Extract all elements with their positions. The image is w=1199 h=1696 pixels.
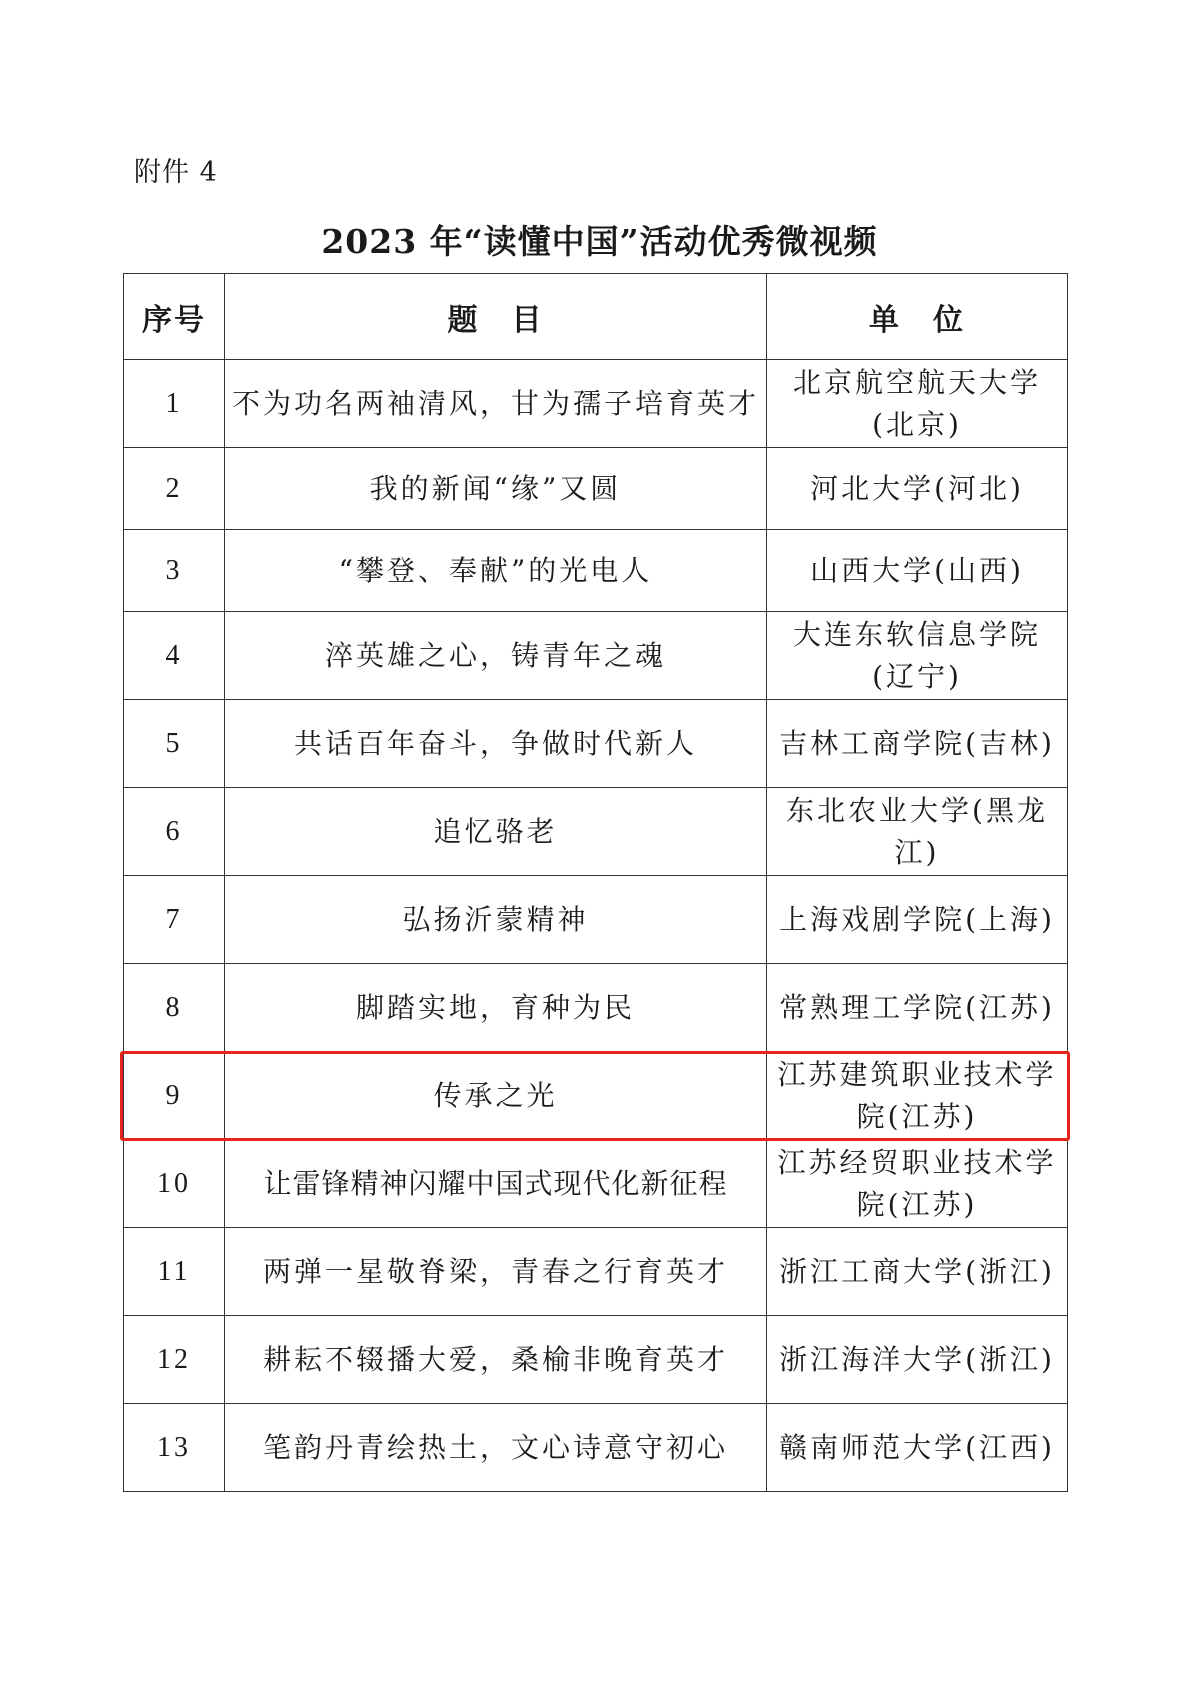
row-title: 追忆骆老 (225, 788, 767, 876)
row-unit: 河北大学(河北) (767, 448, 1068, 530)
row-number: 12 (124, 1316, 225, 1404)
table-row: 2我的新闻“缘”又圆河北大学(河北) (124, 448, 1068, 530)
row-title: 笔韵丹青绘热土，文心诗意守初心 (225, 1404, 767, 1492)
row-number: 4 (124, 612, 225, 700)
row-number: 6 (124, 788, 225, 876)
row-number: 9 (124, 1052, 225, 1140)
row-unit: 江苏经贸职业技术学院(江苏) (767, 1140, 1068, 1228)
row-title: 脚踏实地，育种为民 (225, 964, 767, 1052)
page-title: 2023 年“读懂中国”活动优秀微视频 (0, 216, 1199, 263)
row-unit: 北京航空航天大学(北京) (767, 360, 1068, 448)
row-unit: 吉林工商学院(吉林) (767, 700, 1068, 788)
row-number: 5 (124, 700, 225, 788)
table-row: 7弘扬沂蒙精神上海戏剧学院(上海) (124, 876, 1068, 964)
header-title: 题 目 (225, 274, 767, 360)
row-title: 淬英雄之心，铸青年之魂 (225, 612, 767, 700)
table-row: 10让雷锋精神闪耀中国式现代化新征程江苏经贸职业技术学院(江苏) (124, 1140, 1068, 1228)
row-unit: 浙江工商大学(浙江) (767, 1228, 1068, 1316)
header-number: 序号 (124, 274, 225, 360)
row-number: 8 (124, 964, 225, 1052)
table-row: 6追忆骆老东北农业大学(黑龙江) (124, 788, 1068, 876)
table-row: 4淬英雄之心，铸青年之魂大连东软信息学院(辽宁) (124, 612, 1068, 700)
row-title: “攀登、奉献”的光电人 (225, 530, 767, 612)
row-title: 让雷锋精神闪耀中国式现代化新征程 (225, 1140, 767, 1228)
row-unit: 浙江海洋大学(浙江) (767, 1316, 1068, 1404)
row-unit: 常熟理工学院(江苏) (767, 964, 1068, 1052)
row-number: 1 (124, 360, 225, 448)
row-title: 耕耘不辍播大爱，桑榆非晚育英才 (225, 1316, 767, 1404)
row-title: 传承之光 (225, 1052, 767, 1140)
table-row: 12耕耘不辍播大爱，桑榆非晚育英才浙江海洋大学(浙江) (124, 1316, 1068, 1404)
row-title: 弘扬沂蒙精神 (225, 876, 767, 964)
table-row: 5共话百年奋斗，争做时代新人吉林工商学院(吉林) (124, 700, 1068, 788)
row-unit: 东北农业大学(黑龙江) (767, 788, 1068, 876)
row-title: 两弹一星敬脊梁，青春之行育英才 (225, 1228, 767, 1316)
attachment-label: 附件 4 (134, 150, 218, 189)
row-unit: 上海戏剧学院(上海) (767, 876, 1068, 964)
row-number: 10 (124, 1140, 225, 1228)
table-row: 8脚踏实地，育种为民常熟理工学院(江苏) (124, 964, 1068, 1052)
row-number: 2 (124, 448, 225, 530)
row-unit: 赣南师范大学(江西) (767, 1404, 1068, 1492)
row-number: 3 (124, 530, 225, 612)
table-row: 1不为功名两袖清风，甘为孺子培育英才北京航空航天大学(北京) (124, 360, 1068, 448)
row-unit: 山西大学(山西) (767, 530, 1068, 612)
row-unit: 江苏建筑职业技术学院(江苏) (767, 1052, 1068, 1140)
row-number: 11 (124, 1228, 225, 1316)
header-unit: 单 位 (767, 274, 1068, 360)
award-table: 序号 题 目 单 位 1不为功名两袖清风，甘为孺子培育英才北京航空航天大学(北京… (123, 273, 1068, 1492)
row-unit: 大连东软信息学院(辽宁) (767, 612, 1068, 700)
row-title: 我的新闻“缘”又圆 (225, 448, 767, 530)
row-title: 不为功名两袖清风，甘为孺子培育英才 (225, 360, 767, 448)
table-row: 3“攀登、奉献”的光电人山西大学(山西) (124, 530, 1068, 612)
table-row-highlighted: 9传承之光江苏建筑职业技术学院(江苏) (124, 1052, 1068, 1140)
row-number: 7 (124, 876, 225, 964)
table-header-row: 序号 题 目 单 位 (124, 274, 1068, 360)
row-number: 13 (124, 1404, 225, 1492)
row-title: 共话百年奋斗，争做时代新人 (225, 700, 767, 788)
table-row: 11两弹一星敬脊梁，青春之行育英才浙江工商大学(浙江) (124, 1228, 1068, 1316)
table-row: 13笔韵丹青绘热土，文心诗意守初心赣南师范大学(江西) (124, 1404, 1068, 1492)
